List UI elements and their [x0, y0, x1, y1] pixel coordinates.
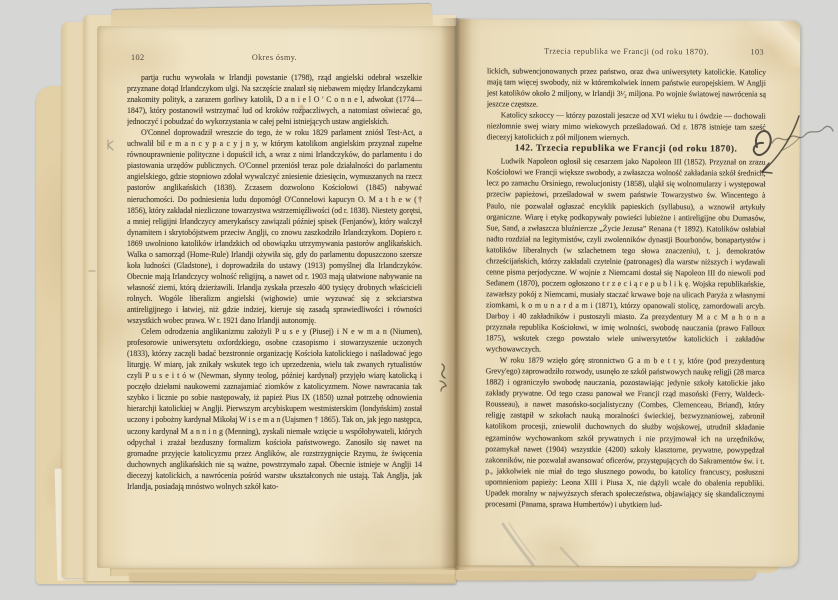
right-page-number: 103	[751, 48, 765, 57]
left-page: 102 Okres ósmy. partja ruchu wywołała w …	[97, 26, 456, 568]
page-corner-fold	[748, 21, 800, 67]
paragraph: Ludwik Napoleon ogłosił się cesarzem jak…	[486, 156, 766, 356]
paragraph: Katolicy szkoccy — którzy pozostali jesz…	[487, 110, 766, 144]
paragraph: Celem odrodzenia anglikanizmu założyli P…	[127, 326, 422, 492]
left-running-title: Okres ósmy.	[127, 53, 422, 62]
section-heading: 142. Trzecia republika we Francji (od ro…	[487, 143, 766, 157]
left-running-head: 102 Okres ósmy.	[127, 53, 422, 65]
right-running-head: Trzecia republika we Francji (od roku 18…	[487, 46, 766, 59]
open-book-photo: 102 Okres ósmy. partja ruchu wywołała w …	[0, 0, 838, 600]
page-stack-bottom-edge	[456, 570, 756, 580]
right-page: Trzecia republika we Francji (od roku 18…	[455, 19, 800, 566]
right-running-title: Trzecia republika we Francji (od roku 18…	[487, 46, 766, 56]
right-text-column: lickich, subwencjonowanych przez państwo…	[485, 65, 766, 571]
left-text-column: partja ruchu wywołała w Irlandji powstan…	[127, 72, 422, 577]
paragraph: lickich, subwencjonowanych przez państwo…	[487, 65, 766, 110]
paragraph: partja ruchu wywołała w Irlandji powstan…	[127, 72, 422, 127]
paragraph: W roku 1879 wzięło górę stronnictwo G a …	[485, 355, 765, 511]
paragraph: O'Connel doprowadził wreszcie do tego, ż…	[127, 127, 422, 326]
left-page-number: 102	[131, 53, 144, 62]
